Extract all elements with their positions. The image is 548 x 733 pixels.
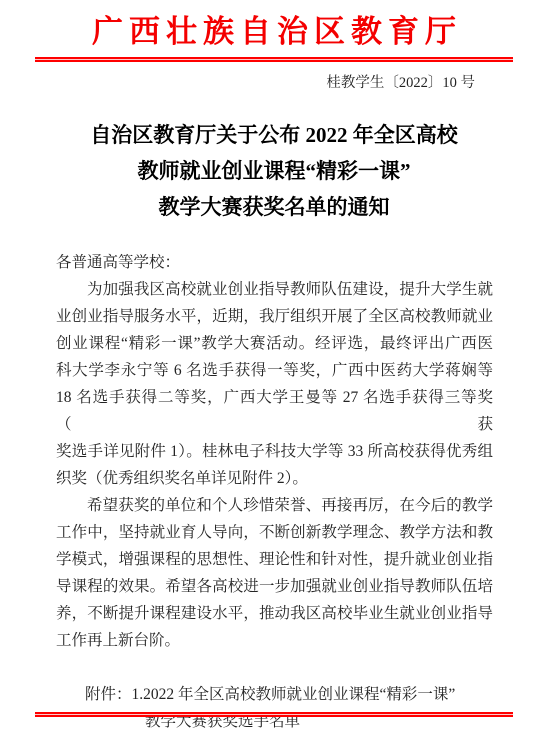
paragraph-line: 业创业指导服务水平，近期，我厅组织开展了全区高校教师就业 [56,303,493,330]
attachment-note: 附件：1.2022 年全区高校教师就业创业课程“精彩一课” 教学大赛获奖选手名单 [56,681,493,733]
salutation: 各普通高等学校： [56,249,493,276]
paragraph-line: 养，不断提升课程建设水平，推动我区高校毕业生就业创业指导 [56,600,493,627]
paragraph-line: 工作中，坚持就业育人导向，不断创新教学理念、教学方法和教 [56,519,493,546]
attachment-line-1: 附件：1.2022 年全区高校教师就业创业课程“精彩一课” [56,681,493,708]
notice-title-line-2: 教师就业创业课程“精彩一课” [0,153,548,189]
paragraph-line: 创业课程“精彩一课”教学大赛活动。经评选，最终评出广西医 [56,330,493,357]
paragraph-line: 18 名选手获得二等奖，广西大学王曼等 27 名选手获得三等奖（获 [56,384,493,438]
notice-title-line-1: 自治区教育厅关于公布 2022 年全区高校 [0,117,548,153]
paragraph-2: 希望获奖的单位和个人珍惜荣誉、再接再厉，在今后的教学 工作中，坚持就业育人导向，… [56,492,493,654]
paragraph-line: 希望获奖的单位和个人珍惜荣誉、再接再厉，在今后的教学 [56,492,493,519]
paragraph-line: 学模式，增强课程的思想性、理论性和针对性，提升就业创业指 [56,546,493,573]
paragraph-1: 为加强我区高校就业创业指导教师队伍建设，提升大学生就 业创业指导服务水平，近期，… [56,276,493,492]
notice-title-line-3: 教学大赛获奖名单的通知 [0,189,548,225]
footer-red-separator-line [35,712,513,717]
paragraph-line: 科大学李永宁等 6 名选手获得一等奖，广西中医药大学蒋娴等 [56,357,493,384]
official-notice-page: 广西壮族自治区教育厅 桂教学生〔2022〕10 号 自治区教育厅关于公布 202… [0,0,548,733]
paragraph-line: 织奖（优秀组织奖名单详见附件 2）。 [56,465,493,492]
notice-body: 各普通高等学校： 为加强我区高校就业创业指导教师队伍建设，提升大学生就 业创业指… [56,249,493,733]
agency-masthead: 广西壮族自治区教育厅 [0,10,548,54]
header-red-separator-line [35,57,513,62]
paragraph-line: 导课程的效果。希望各高校进一步加强就业创业指导教师队伍培 [56,573,493,600]
paragraph-line: 奖选手详见附件 1）。桂林电子科技大学等 33 所高校获得优秀组 [56,438,493,465]
document-number: 桂教学生〔2022〕10 号 [326,73,475,93]
paragraph-line: 工作再上新台阶。 [56,627,493,654]
paragraph-line: 为加强我区高校就业创业指导教师队伍建设，提升大学生就 [56,276,493,303]
notice-title: 自治区教育厅关于公布 2022 年全区高校 教师就业创业课程“精彩一课” 教学大… [0,117,548,225]
